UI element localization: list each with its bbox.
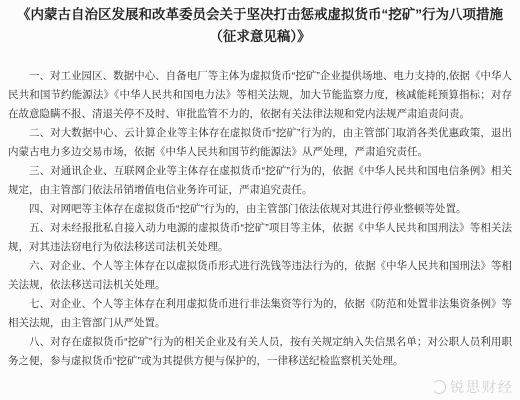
paragraph-2: 二、对大数据中心、云计算企业等主体存在虚拟货币“挖矿”行为的，由主管部门取消各类… [8,124,512,162]
document-body: 一、对工业园区、数据中心、自备电厂等主体为虚拟货币“挖矿”企业提供场地、电力支持… [8,67,512,371]
paragraph-8: 八、对存在虚拟货币“挖矿”行为的相关企业及有关人员，按有关规定纳入失信黑名单；对… [8,333,512,371]
paragraph-3: 三、对通讯企业、互联网企业等主体存在虚拟货币“挖矿”行为的，依据《中华人民共和国… [8,162,512,200]
document-subtitle: （征求意见稿）》 [8,27,512,47]
paragraph-7: 七、对企业、个人等主体存在利用虚拟货币进行非法集资等行为的，依据《防范和处置非法… [8,295,512,333]
document-title: 《内蒙古自治区发展和改革委员会关于坚决打击惩戒虚拟货币“挖矿”行为八项措施 [8,5,512,25]
paragraph-4: 四、对网吧等主体存在虚拟货币“挖矿”行为的，由主管部门依法依规对其进行停业整顿等… [8,200,512,219]
paragraph-1: 一、对工业园区、数据中心、自备电厂等主体为虚拟货币“挖矿”企业提供场地、电力支持… [8,67,512,124]
document-page: { "document": { "title": "《内蒙古自治区发展和改革委员… [0,0,520,400]
watermark: 锐思财经 [432,377,514,397]
watermark-text: 锐思财经 [450,377,514,397]
document: 《内蒙古自治区发展和改革委员会关于坚决打击惩戒虚拟货币“挖矿”行为八项措施 （征… [0,0,520,371]
watermark-logo-icon [432,380,446,394]
paragraph-6: 六、对企业、个人等主体存在以虚拟货币形式进行洗钱等违法行为的，依据《中华人民共和… [8,257,512,295]
paragraph-5: 五、对未经报批私自接入动力电源的虚拟货币“挖矿”项目等主体，依据《中华人民共和国… [8,219,512,257]
